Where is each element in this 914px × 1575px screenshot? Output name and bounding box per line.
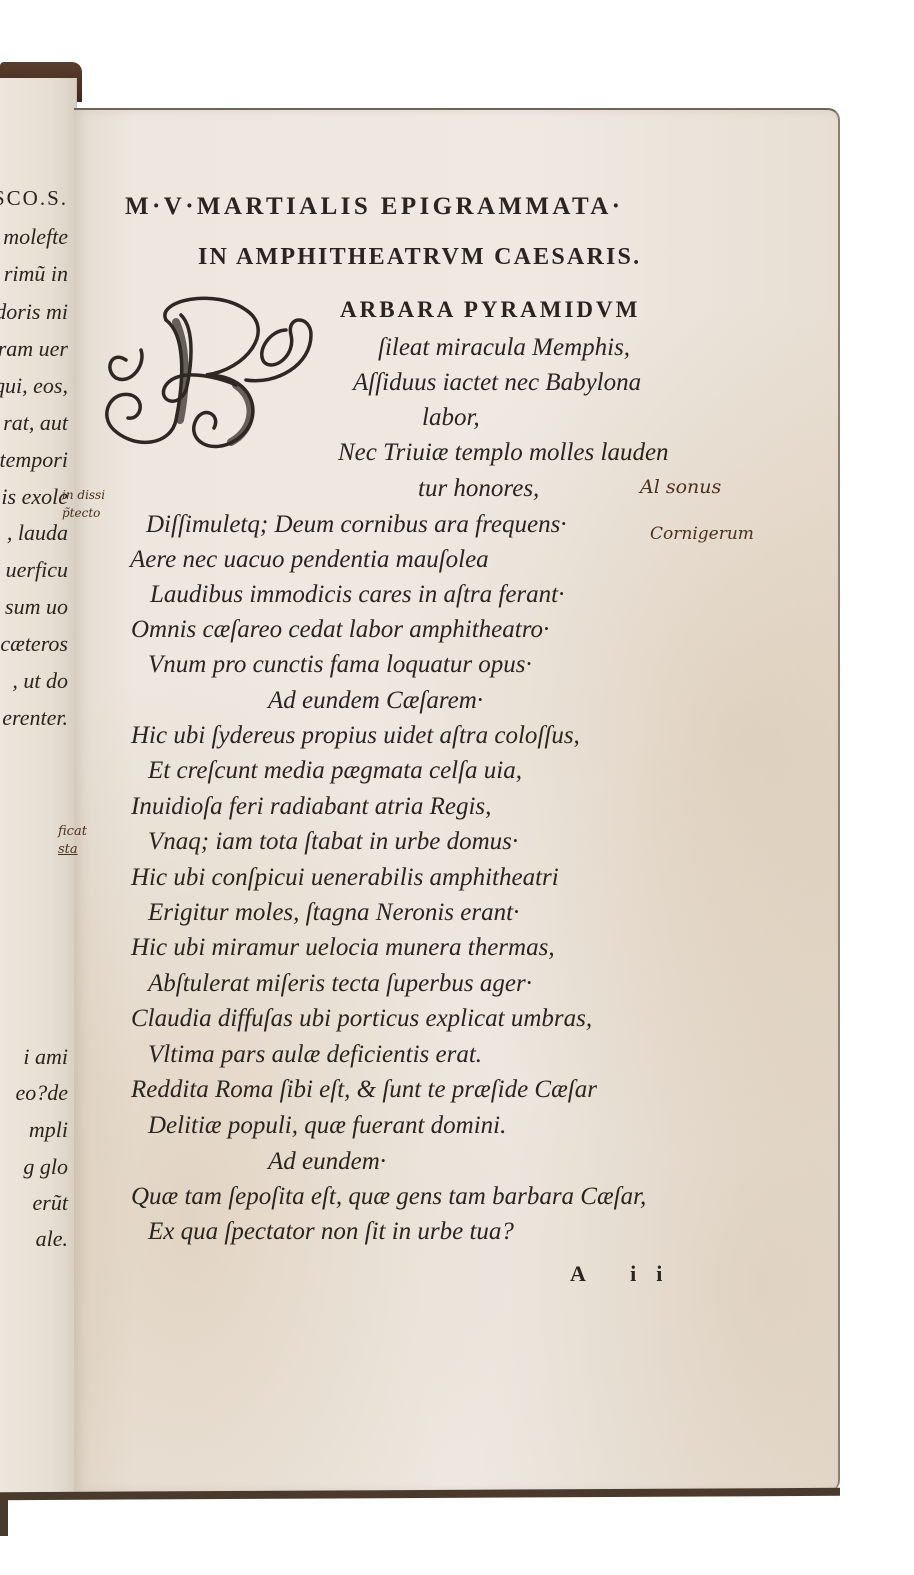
book-binding-corner <box>0 1496 8 1536</box>
left-page-line: doris mi <box>0 301 68 323</box>
verse-line: ARBARA PYRAMIDVM <box>340 298 640 321</box>
verse-line: Vnaq; iam tota ſtabat in urbe domus· <box>148 829 518 854</box>
verse-line: Abſtulerat miſeris tecta ſuperbus ager· <box>148 971 532 996</box>
epigram-heading: Ad eundem· <box>268 1148 386 1176</box>
verse-line: Delitiæ populi, quæ fuerant domini. <box>148 1113 506 1138</box>
marginal-note: p̃tecto <box>62 506 100 520</box>
left-page-line: ale. <box>36 1228 68 1250</box>
left-page-line: cæteros <box>0 633 68 655</box>
left-page-line: tempori <box>0 449 68 471</box>
left-page-line: mpli <box>29 1119 68 1141</box>
left-page-line: erenter. <box>2 707 68 729</box>
marginal-note: sta <box>58 842 78 857</box>
marginal-note: in dissi <box>62 488 105 502</box>
verse-line: Hic ubi miramur uelocia munera thermas, <box>131 935 555 960</box>
verse-line: Erigitur moles, ſtagna Neronis erant· <box>148 900 519 925</box>
verse-line: Aſſiduus iactet nec Babylona <box>353 370 641 395</box>
marginal-note: Cornigerum <box>650 524 754 544</box>
verse-line: Ex qua ſpectator non ſit in urbe tua? <box>148 1219 514 1244</box>
left-page-line: erũt <box>33 1192 68 1214</box>
left-page-line: rimũ in <box>4 263 68 285</box>
verse-line: Hic ubi ſydereus propius uidet aſtra col… <box>131 723 580 748</box>
signature-mark: A ii <box>570 1261 682 1287</box>
verse-line: labor, <box>422 405 480 430</box>
left-page-line: i ami <box>23 1046 68 1068</box>
verse-line: Omnis cæſareo cedat labor amphitheatro· <box>131 617 549 642</box>
left-page-line: uerficu <box>6 559 68 581</box>
verse-line: Aere nec uacuo pendentia mauſolea <box>130 547 489 572</box>
verse-line: Vnum pro cunctis fama loquatur opus· <box>148 652 532 677</box>
verse-line: Laudibus immodicis cares in aſtra ferant… <box>150 582 564 607</box>
verse-line: Reddita Roma ſibi eſt, & ſunt te præſide… <box>131 1077 597 1102</box>
left-page: SCO.S. molefte rimũ in doris mi ram uer … <box>0 78 77 1498</box>
left-page-line: sum uo <box>5 596 68 618</box>
verse-line: Nec Triuiæ templo molles lauden <box>338 440 669 465</box>
left-page-line: rat, aut <box>3 412 68 434</box>
verse-line: Quæ tam ſepoſita eſt, quæ gens tam barba… <box>131 1184 646 1209</box>
left-page-line: , ut do <box>12 670 68 692</box>
verse-line: ſileat miracula Memphis, <box>378 335 630 360</box>
verse-line: Vltima pars aulæ deficientis erat. <box>148 1042 482 1067</box>
epigram-heading: Ad eundem Cæſarem· <box>268 687 483 715</box>
left-page-line: is exole <box>1 486 68 508</box>
marginal-note: ficat <box>58 824 87 839</box>
verse-line: Inuidioſa feri radiabant atria Regis, <box>131 794 491 819</box>
left-page-line: SCO.S. <box>0 188 68 209</box>
left-page-line: molefte <box>3 226 68 248</box>
verse-line: Claudia diffuſas ubi porticus explicat u… <box>131 1006 592 1031</box>
verse-line: Et creſcunt media pægmata celſa uia, <box>148 758 522 783</box>
left-page-line: eo?de <box>15 1082 68 1104</box>
left-page-line: g glo <box>23 1156 68 1178</box>
verse-line: Diſſimuletq; Deum cornibus ara frequens· <box>146 512 567 537</box>
left-page-line: , lauda <box>7 522 68 544</box>
marginal-note: Al sonus <box>640 476 721 498</box>
left-page-line: qui, eos, <box>0 375 68 397</box>
left-page-line: ram uer <box>0 338 68 360</box>
verse-line: tur honores, <box>418 476 539 501</box>
section-title: IN AMPHITHEATRVM CAESARIS. <box>198 244 641 271</box>
running-title: M·V·MARTIALIS EPIGRAMMATA· <box>125 193 725 221</box>
verse-line: Hic ubi conſpicui uenerabilis amphitheat… <box>131 865 559 890</box>
decorated-initial-icon <box>96 290 316 460</box>
